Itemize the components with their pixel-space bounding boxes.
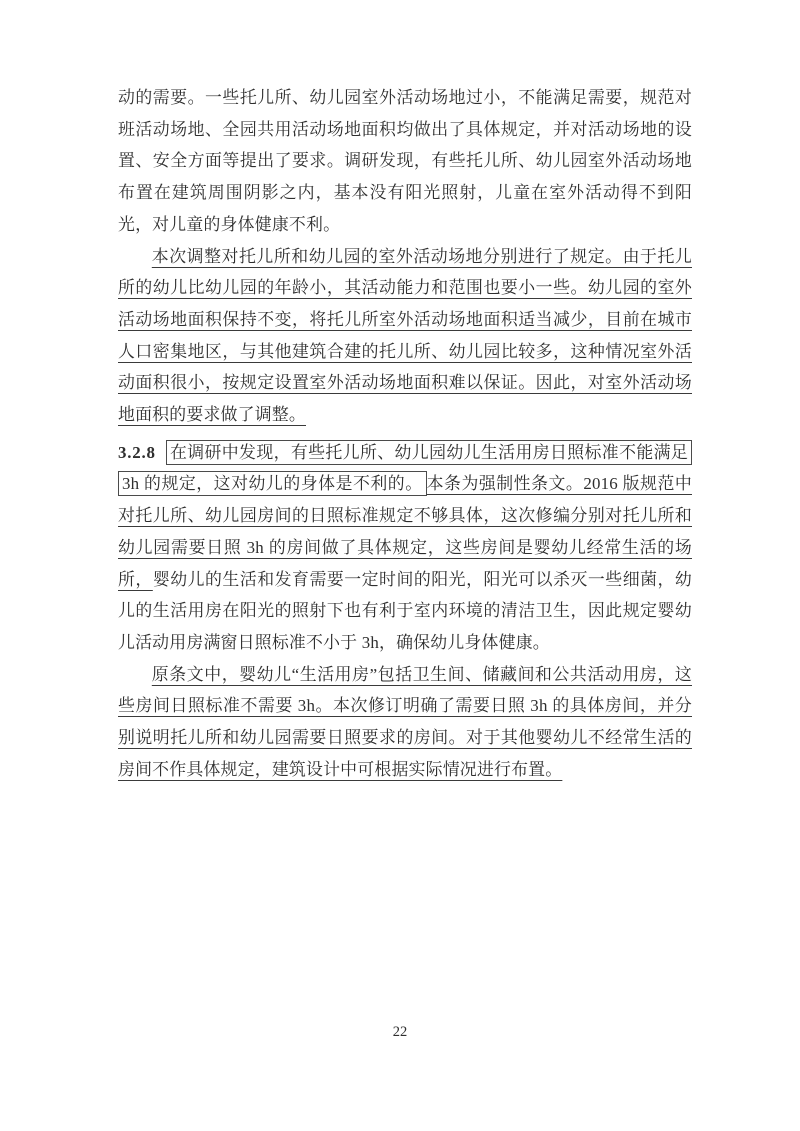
text-segment-plain: 婴幼儿的生活和发育需要一定时间的阳光，阳光可以杀灭一些细菌，幼儿的生活用房在阳光… bbox=[118, 570, 692, 652]
para-outdoor-area-continuation: 动的需要。一些托儿所、幼儿园室外活动场地过小，不能满足需要，规范对班活动场地、全… bbox=[118, 82, 692, 241]
page-number: 22 bbox=[393, 1024, 408, 1040]
para-original-clause-explanation: 原条文中，婴幼儿“生活用房”包括卫生间、储藏间和公共活动用房，这些房间日照标准不… bbox=[118, 659, 692, 786]
page-footer: 22 bbox=[0, 1023, 800, 1041]
text-segment-plain: 动的需要。一些托儿所、幼儿园室外活动场地过小，不能满足需要，规范对班活动场地、全… bbox=[118, 88, 692, 234]
text-segment-bold: 3.2.8 bbox=[118, 443, 156, 462]
text-segment-underline: 本次调整对托儿所和幼儿园的室外活动场地分别进行了规定。由于托儿所的幼儿比幼儿园的… bbox=[118, 247, 692, 425]
text-segment-underline: 原条文中，婴幼儿“生活用房”包括卫生间、储藏间和公共活动用房，这些房间日照标准不… bbox=[118, 665, 692, 779]
document-page: 动的需要。一些托儿所、幼儿园室外活动场地过小，不能满足需要，规范对班活动场地、全… bbox=[0, 0, 800, 1131]
para-clause-3-2-8: 3.2.8在调研中发现，有些托儿所、幼儿园幼儿生活用房日照标准不能满足 3h 的… bbox=[118, 437, 692, 659]
document-body: 动的需要。一些托儿所、幼儿园室外活动场地过小，不能满足需要，规范对班活动场地、全… bbox=[118, 82, 692, 785]
para-outdoor-area-adjustment: 本次调整对托儿所和幼儿园的室外活动场地分别进行了规定。由于托儿所的幼儿比幼儿园的… bbox=[118, 241, 692, 431]
